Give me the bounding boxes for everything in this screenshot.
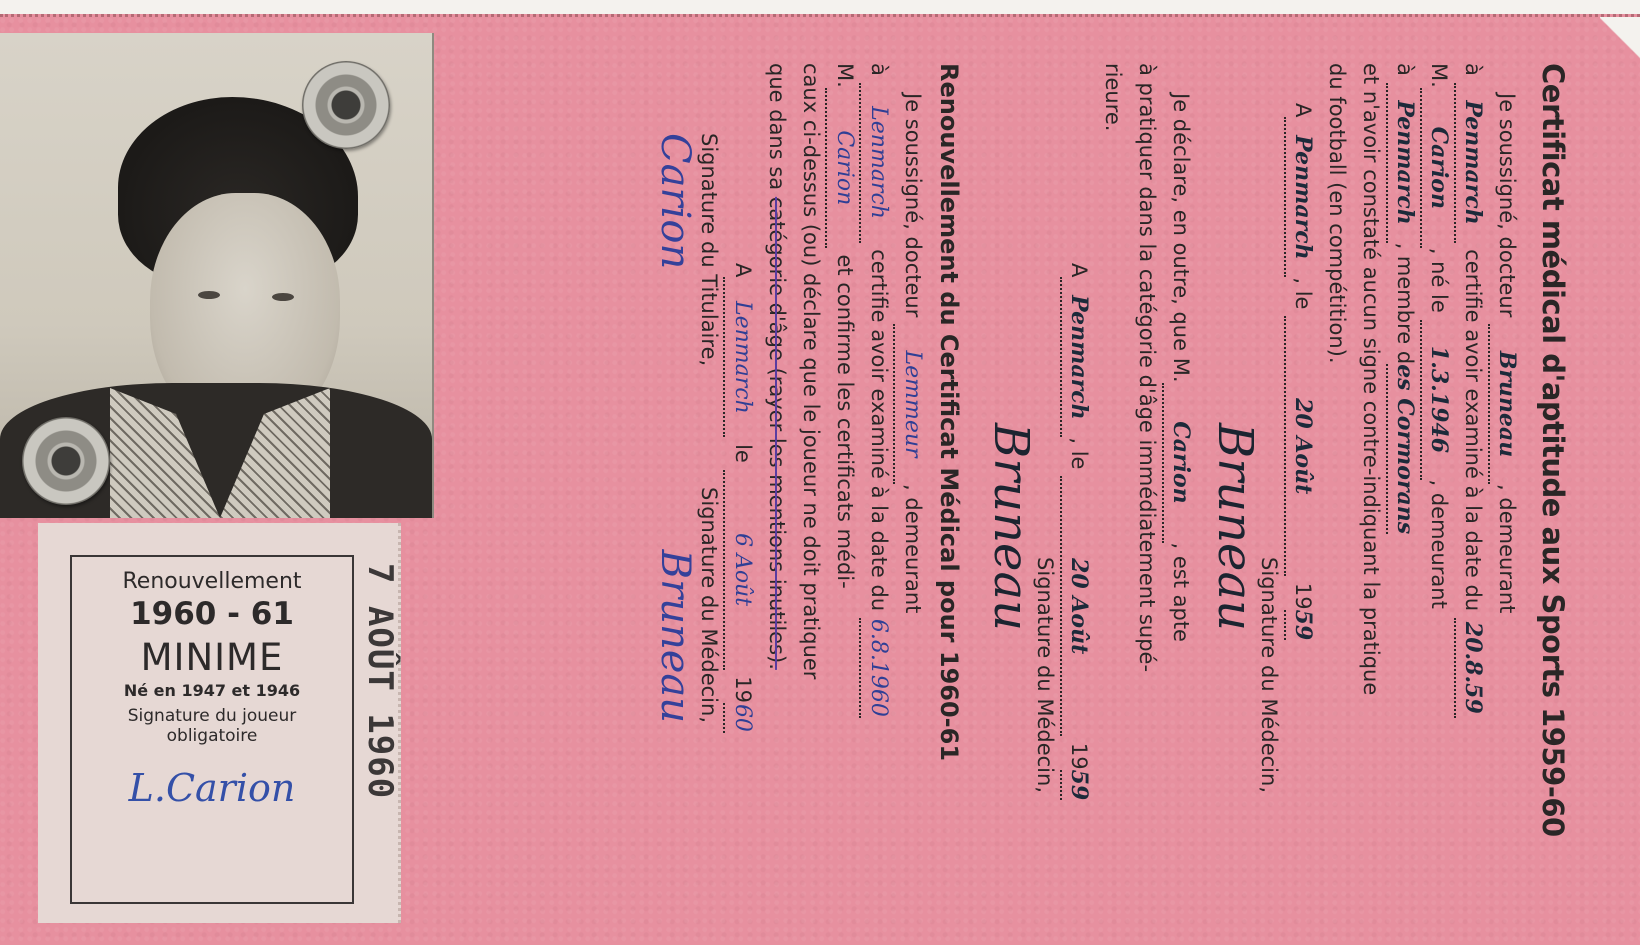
- cert-year: 59: [1284, 610, 1320, 641]
- club-name: es Cormorans: [1386, 364, 1422, 534]
- stamp-season: 1960 - 61: [72, 596, 352, 632]
- stamp-category: MINIME: [72, 636, 352, 679]
- renewal-stamp-box: Renouvellement 1960 - 61 MINIME Né en 19…: [70, 555, 354, 904]
- decl-text: , est apte: [1169, 543, 1193, 642]
- cert-text: certifie avoir examiné à la date du: [1461, 249, 1485, 611]
- renewal-patient-name: Carion: [825, 88, 861, 248]
- exam-date: 20.8.59: [1454, 618, 1490, 718]
- patient-city: Penmarch: [1386, 83, 1422, 243]
- renewal-line-4: caux ci-dessus (ou) déclare que le joueu…: [794, 63, 828, 933]
- decl-place: Penmarch: [1060, 277, 1096, 437]
- renewal-signatures: Carion Bruneau: [632, 63, 692, 933]
- stamp-signature-label: Signature du joueur obligatoire: [72, 706, 352, 746]
- cert-line-5: et n'avoir constaté aucun signe contre-i…: [1354, 63, 1388, 933]
- renewal-text: et confirme les certificats médi-: [833, 254, 857, 588]
- renewal-text: Je soussigné, docteur: [901, 93, 925, 317]
- cert-text: , demeurant: [1427, 480, 1451, 609]
- cert-line-1: Je soussigné, docteur Bruneau, demeurant: [1490, 63, 1524, 933]
- cert-line-2: à Penmarch certifie avoir examiné à la d…: [1456, 63, 1490, 933]
- medical-certificate-card: Renouvellement 1960 - 61 MINIME Né en 19…: [0, 14, 1640, 945]
- cert-line-3: M.Carion, né le 1.3.1946, demeurant: [1422, 63, 1456, 933]
- rivet-icon: [22, 417, 110, 505]
- doctor-city: Penmarch: [1454, 83, 1490, 243]
- doctor-name: Bruneau: [1488, 324, 1524, 484]
- photo-eye: [198, 291, 220, 299]
- renewal-title: Renouvellement du Certificat Médical pou…: [930, 63, 966, 933]
- renewal-line-3: M.Carion et confirme les certificats méd…: [828, 63, 862, 933]
- renewal-doctor-name: Lemmeur: [893, 324, 929, 484]
- decl-place-date: APenmarch, le 20 Août 1959: [1062, 63, 1096, 933]
- renewal-line-2: à Lenmarch certifie avoir examiné à la d…: [862, 63, 896, 933]
- birth-date: 1.3.1946: [1420, 320, 1456, 480]
- cert-date: 20 Août: [1284, 316, 1320, 576]
- stamp-born: Né en 1947 et 1946: [72, 681, 352, 700]
- renewal-year: 60: [723, 703, 759, 733]
- renewal-text: 19: [731, 676, 755, 703]
- date-stamp: 7 AOÛT 1960: [360, 563, 400, 883]
- renewal-line-5: que dans sa catégorie d'âge (rayer les m…: [760, 63, 794, 933]
- stamp-signature-label-2: obligatoire: [72, 726, 352, 746]
- renewal-doctor-city: Lenmarch: [859, 83, 895, 243]
- decl-text: , le: [1067, 437, 1091, 469]
- decl-text: 19: [1067, 743, 1091, 770]
- cert-text: M.: [1427, 63, 1451, 88]
- decl-line-1: Je déclare, en outre, que M.Carion, est …: [1164, 63, 1198, 933]
- renewal-doctor-signature: Bruneau: [638, 550, 692, 723]
- decl-text: Je déclare, en outre, que M.: [1169, 93, 1193, 383]
- id-photo: [0, 33, 434, 518]
- decl-date: 20 Août: [1060, 476, 1096, 736]
- photo-eye: [272, 293, 294, 301]
- stamp-renewal-label: Renouvellement: [72, 569, 352, 594]
- cert-text: à: [1393, 63, 1417, 76]
- renewal-text: à: [867, 63, 891, 76]
- cert-doctor-signature: Bruneau: [1198, 63, 1252, 933]
- cert-text: Je soussigné, docteur: [1495, 93, 1519, 317]
- cert-text: , demeurant: [1495, 484, 1519, 613]
- renewal-stamp: Renouvellement 1960 - 61 MINIME Né en 19…: [38, 523, 401, 923]
- renewal-text: que dans sa: [765, 63, 789, 190]
- renewal-place-date: ALenmarch le 6 Août 1960: [726, 63, 760, 933]
- cert-text: , né le: [1427, 248, 1451, 313]
- renewal-line-1: Je soussigné, docteur Lemmeur, demeurant: [896, 63, 930, 933]
- certificate-text-area: Certificat médical d'aptitude aux Sports…: [450, 63, 1570, 933]
- cert-text: , le: [1291, 277, 1315, 309]
- certificate-title: Certificat médical d'aptitude aux Sports…: [1528, 63, 1570, 933]
- renewal-date: 6 Août: [723, 470, 759, 670]
- decl-doctor-signature: Bruneau: [974, 63, 1028, 933]
- renewal-text: M.: [833, 63, 857, 88]
- renewal-place: Lenmarch: [723, 277, 759, 437]
- rotated-text: Certificat médical d'aptitude aux Sports…: [450, 63, 1570, 933]
- cert-place-date: APenmarch, le 20 Août 1959: [1286, 63, 1320, 933]
- renewal-text: A: [731, 263, 755, 277]
- renewal-text: le: [731, 444, 755, 463]
- decl-line-2: à pratiquer dans la catégorie d'âge immé…: [1130, 63, 1164, 933]
- renewal-struck-text: catégorie d'âge (rayer les mentions inut…: [765, 197, 789, 670]
- cert-line-4: à Penmarch, membre des Cormorans: [1388, 63, 1422, 933]
- renewal-text: certifie avoir examiné à la date du: [867, 249, 891, 611]
- rivet-icon: [302, 61, 390, 149]
- cert-line-6: du football (en compétition).: [1320, 63, 1354, 933]
- decl-year: 59: [1060, 770, 1096, 801]
- player-signature: L.Carion: [72, 766, 352, 810]
- holder-signature: Carion: [638, 133, 692, 269]
- decl-patient-name: Carion: [1162, 383, 1198, 543]
- cert-text: , membre d: [1393, 243, 1417, 365]
- decl-line-3: rieure.: [1096, 63, 1130, 933]
- cert-text: à: [1461, 63, 1485, 76]
- patient-name: Carion: [1420, 88, 1456, 248]
- renewal-text: , demeurant: [901, 484, 925, 613]
- cert-text: 19: [1291, 583, 1315, 610]
- decl-text: A: [1067, 263, 1091, 277]
- cert-place: Penmarch: [1284, 117, 1320, 277]
- renewal-exam-date: 6.8.1960: [859, 618, 895, 718]
- stamp-signature-label-1: Signature du joueur: [72, 706, 352, 726]
- cert-text: A: [1291, 103, 1315, 117]
